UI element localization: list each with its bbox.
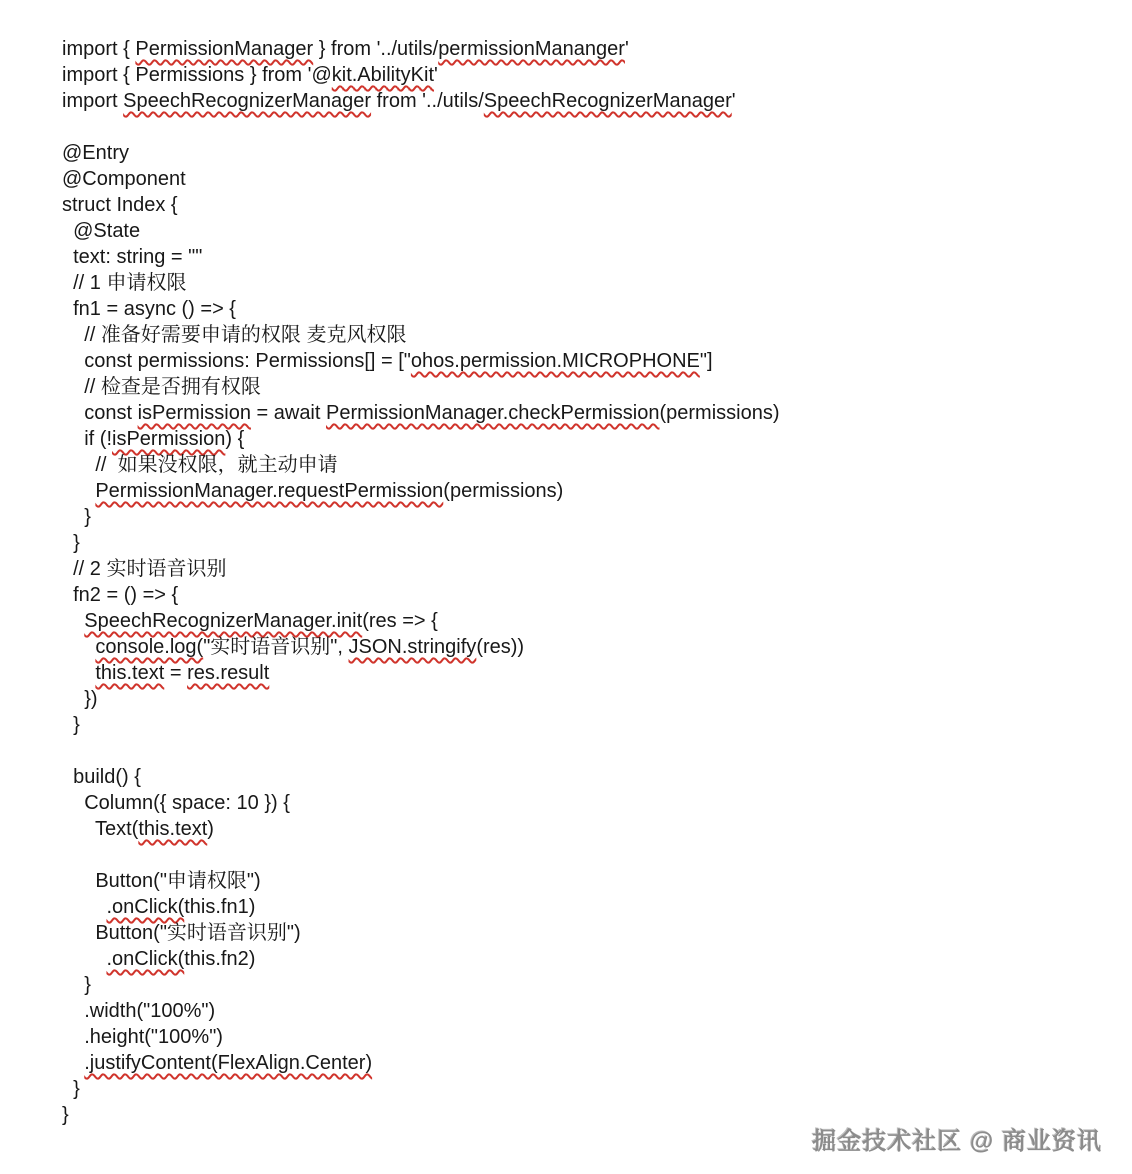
code-text: Button("实时语音识别") (62, 922, 301, 944)
code-line: Button("申请权限") (62, 868, 1122, 894)
misspelled-token: permissionMananger (438, 38, 625, 60)
code-line: .height("100%") (62, 1024, 1122, 1050)
code-text: } from '../utils/ (313, 38, 438, 60)
code-line: } (62, 972, 1122, 998)
misspelled-token: PermissionManager.requestPermission (95, 480, 443, 502)
code-line: .justifyContent(FlexAlign.Center) (62, 1050, 1122, 1076)
code-line: // 如果没权限，就主动申请 (62, 452, 1122, 478)
code-text (62, 636, 95, 658)
code-line: } (62, 530, 1122, 556)
code-line: @Component (62, 166, 1122, 192)
code-text: } (62, 532, 80, 554)
code-line: } (62, 504, 1122, 530)
code-text: fn1 = async () => { (62, 298, 236, 320)
misspelled-token: SpeechRecognizerManager.init (84, 610, 362, 632)
code-text (62, 948, 106, 970)
code-text: // 如果没权限，就主动申请 (62, 454, 338, 476)
code-text: } (62, 1078, 80, 1100)
code-line: import { PermissionManager } from '../ut… (62, 36, 1122, 62)
code-text (62, 610, 84, 632)
code-line: fn1 = async () => { (62, 296, 1122, 322)
code-line: const permissions: Permissions[] = ["oho… (62, 348, 1122, 374)
code-text: from '../utils/ (371, 90, 484, 112)
code-line (62, 842, 1122, 868)
code-text: } (62, 974, 91, 996)
code-text: import (62, 90, 123, 112)
code-line: // 2 实时语音识别 (62, 556, 1122, 582)
code-text: @Entry (62, 142, 129, 164)
code-text: .height("100%") (62, 1026, 223, 1048)
code-line: this.text = res.result (62, 660, 1122, 686)
code-text: @State (62, 220, 140, 242)
code-text: "] (700, 350, 713, 372)
misspelled-token: isPermission (112, 428, 225, 450)
code-line: // 检查是否拥有权限 (62, 374, 1122, 400)
code-text: if (! (62, 428, 112, 450)
misspelled-token: .justifyContent(FlexAlign.Center) (84, 1052, 372, 1074)
code-line: @State (62, 218, 1122, 244)
code-text: }) (62, 688, 98, 710)
code-text: (permissions) (443, 480, 563, 502)
misspelled-token: console.log( (95, 636, 203, 658)
code-text: Button("申请权限") (62, 870, 261, 892)
code-text: } (62, 714, 80, 736)
code-text: // 1 申请权限 (62, 272, 186, 294)
code-text: @Component (62, 168, 186, 190)
code-text: build() { (62, 766, 141, 788)
code-line: }) (62, 686, 1122, 712)
code-text: import { (62, 38, 135, 60)
code-text: // 2 实时语音识别 (62, 558, 226, 580)
code-text: fn2 = () => { (62, 584, 178, 606)
code-text: = await (251, 402, 326, 424)
code-text: const permissions: Permissions[] = [" (62, 350, 411, 372)
code-editor: import { PermissionManager } from '../ut… (62, 36, 1122, 1128)
code-line: if (!isPermission) { (62, 426, 1122, 452)
misspelled-token: SpeechRecognizerManager (123, 90, 371, 112)
code-text: Text( (62, 818, 138, 840)
code-text: // 检查是否拥有权限 (62, 376, 261, 398)
misspelled-token: ohos.permission.MICROPHONE (411, 350, 700, 372)
code-line (62, 114, 1122, 140)
code-line: console.log("实时语音识别", JSON.stringify(res… (62, 634, 1122, 660)
code-line: SpeechRecognizerManager.init(res => { (62, 608, 1122, 634)
code-text: .width("100%") (62, 1000, 215, 1022)
code-line: .onClick(this.fn2) (62, 946, 1122, 972)
code-text: // 准备好需要申请的权限 麦克风权限 (62, 324, 406, 346)
code-text: ) { (225, 428, 244, 450)
code-text: } (62, 1104, 69, 1126)
code-text: this.fn1) (184, 896, 255, 918)
code-line: build() { (62, 764, 1122, 790)
code-line: // 1 申请权限 (62, 270, 1122, 296)
code-line: import SpeechRecognizerManager from '../… (62, 88, 1122, 114)
code-line: // 准备好需要申请的权限 麦克风权限 (62, 322, 1122, 348)
code-text: const (62, 402, 138, 424)
code-text (62, 480, 95, 502)
code-text: struct Index { (62, 194, 178, 216)
misspelled-token: PermissionManager (135, 38, 313, 60)
code-line (62, 738, 1122, 764)
code-line: } (62, 1076, 1122, 1102)
code-text: ) (207, 818, 214, 840)
misspelled-token: JSON.stringify (349, 636, 477, 658)
misspelled-token: isPermission (138, 402, 251, 424)
code-text: "实时语音识别", (203, 636, 348, 658)
code-text: (res => { (362, 610, 438, 632)
code-line: Column({ space: 10 }) { (62, 790, 1122, 816)
code-line: .width("100%") (62, 998, 1122, 1024)
code-line: text: string = "" (62, 244, 1122, 270)
code-line: @Entry (62, 140, 1122, 166)
code-line: import { Permissions } from '@kit.Abilit… (62, 62, 1122, 88)
code-line: fn2 = () => { (62, 582, 1122, 608)
code-text: Column({ space: 10 }) { (62, 792, 290, 814)
misspelled-token: SpeechRecognizerManager (484, 90, 732, 112)
misspelled-token: PermissionManager.checkPermission (326, 402, 659, 424)
code-line: .onClick(this.fn1) (62, 894, 1122, 920)
code-text: (res)) (476, 636, 524, 658)
code-text: import { Permissions } from '@ (62, 64, 332, 86)
code-text: ' (434, 64, 438, 86)
code-text: text: string = "" (62, 246, 202, 268)
code-text (62, 896, 106, 918)
code-text: ' (732, 90, 736, 112)
code-text: (permissions) (659, 402, 779, 424)
code-line: Button("实时语音识别") (62, 920, 1122, 946)
code-line: } (62, 712, 1122, 738)
code-text: ' (625, 38, 629, 60)
code-text: } (62, 506, 91, 528)
code-text: = (164, 662, 187, 684)
misspelled-token: this.text (138, 818, 207, 840)
misspelled-token: res.result (187, 662, 269, 684)
misspelled-token: this.text (95, 662, 164, 684)
code-text (62, 1052, 84, 1074)
code-line: const isPermission = await PermissionMan… (62, 400, 1122, 426)
misspelled-token: .onClick( (106, 948, 184, 970)
code-text: this.fn2) (184, 948, 255, 970)
watermark: 掘金技术社区 @ 商业资讯 (812, 1121, 1102, 1156)
misspelled-token: .onClick( (106, 896, 184, 918)
misspelled-token: kit.AbilityKit (332, 64, 434, 86)
code-line: Text(this.text) (62, 816, 1122, 842)
code-line: PermissionManager.requestPermission(perm… (62, 478, 1122, 504)
code-line: struct Index { (62, 192, 1122, 218)
code-text (62, 662, 95, 684)
